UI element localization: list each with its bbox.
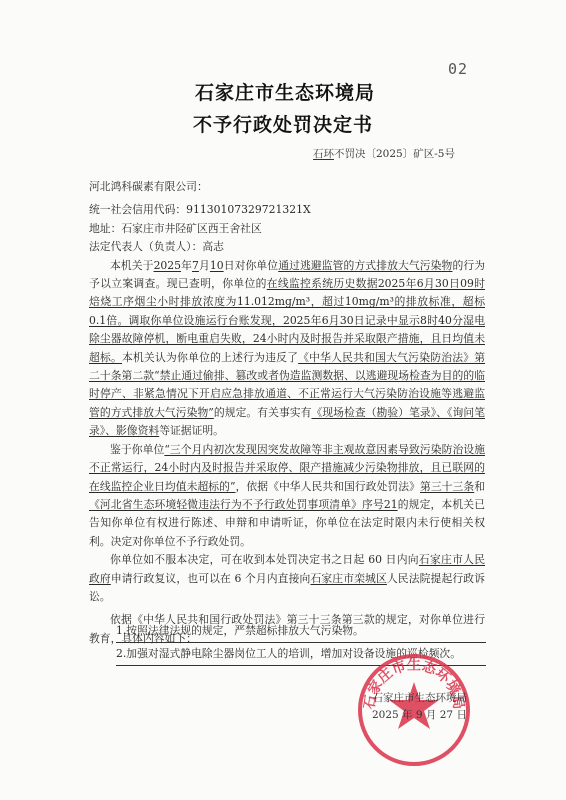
doc-number-rest: 不罚决〔2025〕矿区-5号	[334, 148, 455, 160]
document-body: 河北鸿科碳素有限公司： 统一社会信用代码：91130107329721321X …	[89, 178, 485, 648]
signature-issuer: 石家庄市生态环境局	[372, 690, 467, 707]
recipient-company: 河北鸿科碳素有限公司：	[89, 178, 485, 196]
credit-code: 统一社会信用代码：91130107329721321X	[89, 201, 485, 219]
document-number: 石环不罚决〔2025〕矿区-5号	[313, 146, 455, 161]
legal-representative: 法定代表人（负责人）：高志	[89, 238, 485, 256]
paragraph-appeal: 你单位如不服本决定，可在收到本处罚决定书之日起 60 日内向石家庄市人民政府申请…	[89, 551, 485, 606]
paragraph-facts: 本机关于2025年7月10日对你单位通过逃避监管的方式排放大气污染物的行为予以立…	[89, 257, 485, 441]
address: 地址：石家庄市井陉矿区西王舍社区	[89, 220, 485, 238]
document-title: 不予行政处罚决定书	[0, 110, 566, 137]
doc-number-prefix: 石环	[313, 148, 334, 160]
page-number: 02	[448, 60, 468, 78]
signature-date: 2025 年 9 月 27 日	[372, 707, 467, 724]
issuer-title: 石家庄市生态环境局	[0, 78, 566, 105]
paragraph-decision: 鉴于你单位“三个月内初次发现因突发故障等非主观故意因素导致污染防治设施不正常运行…	[89, 441, 485, 551]
education-item: 1.按照法律法规的规定，严禁超标排放大气污染物。	[116, 620, 486, 643]
signature-block: 石家庄市生态环境局 2025 年 9 月 27 日	[372, 690, 467, 724]
